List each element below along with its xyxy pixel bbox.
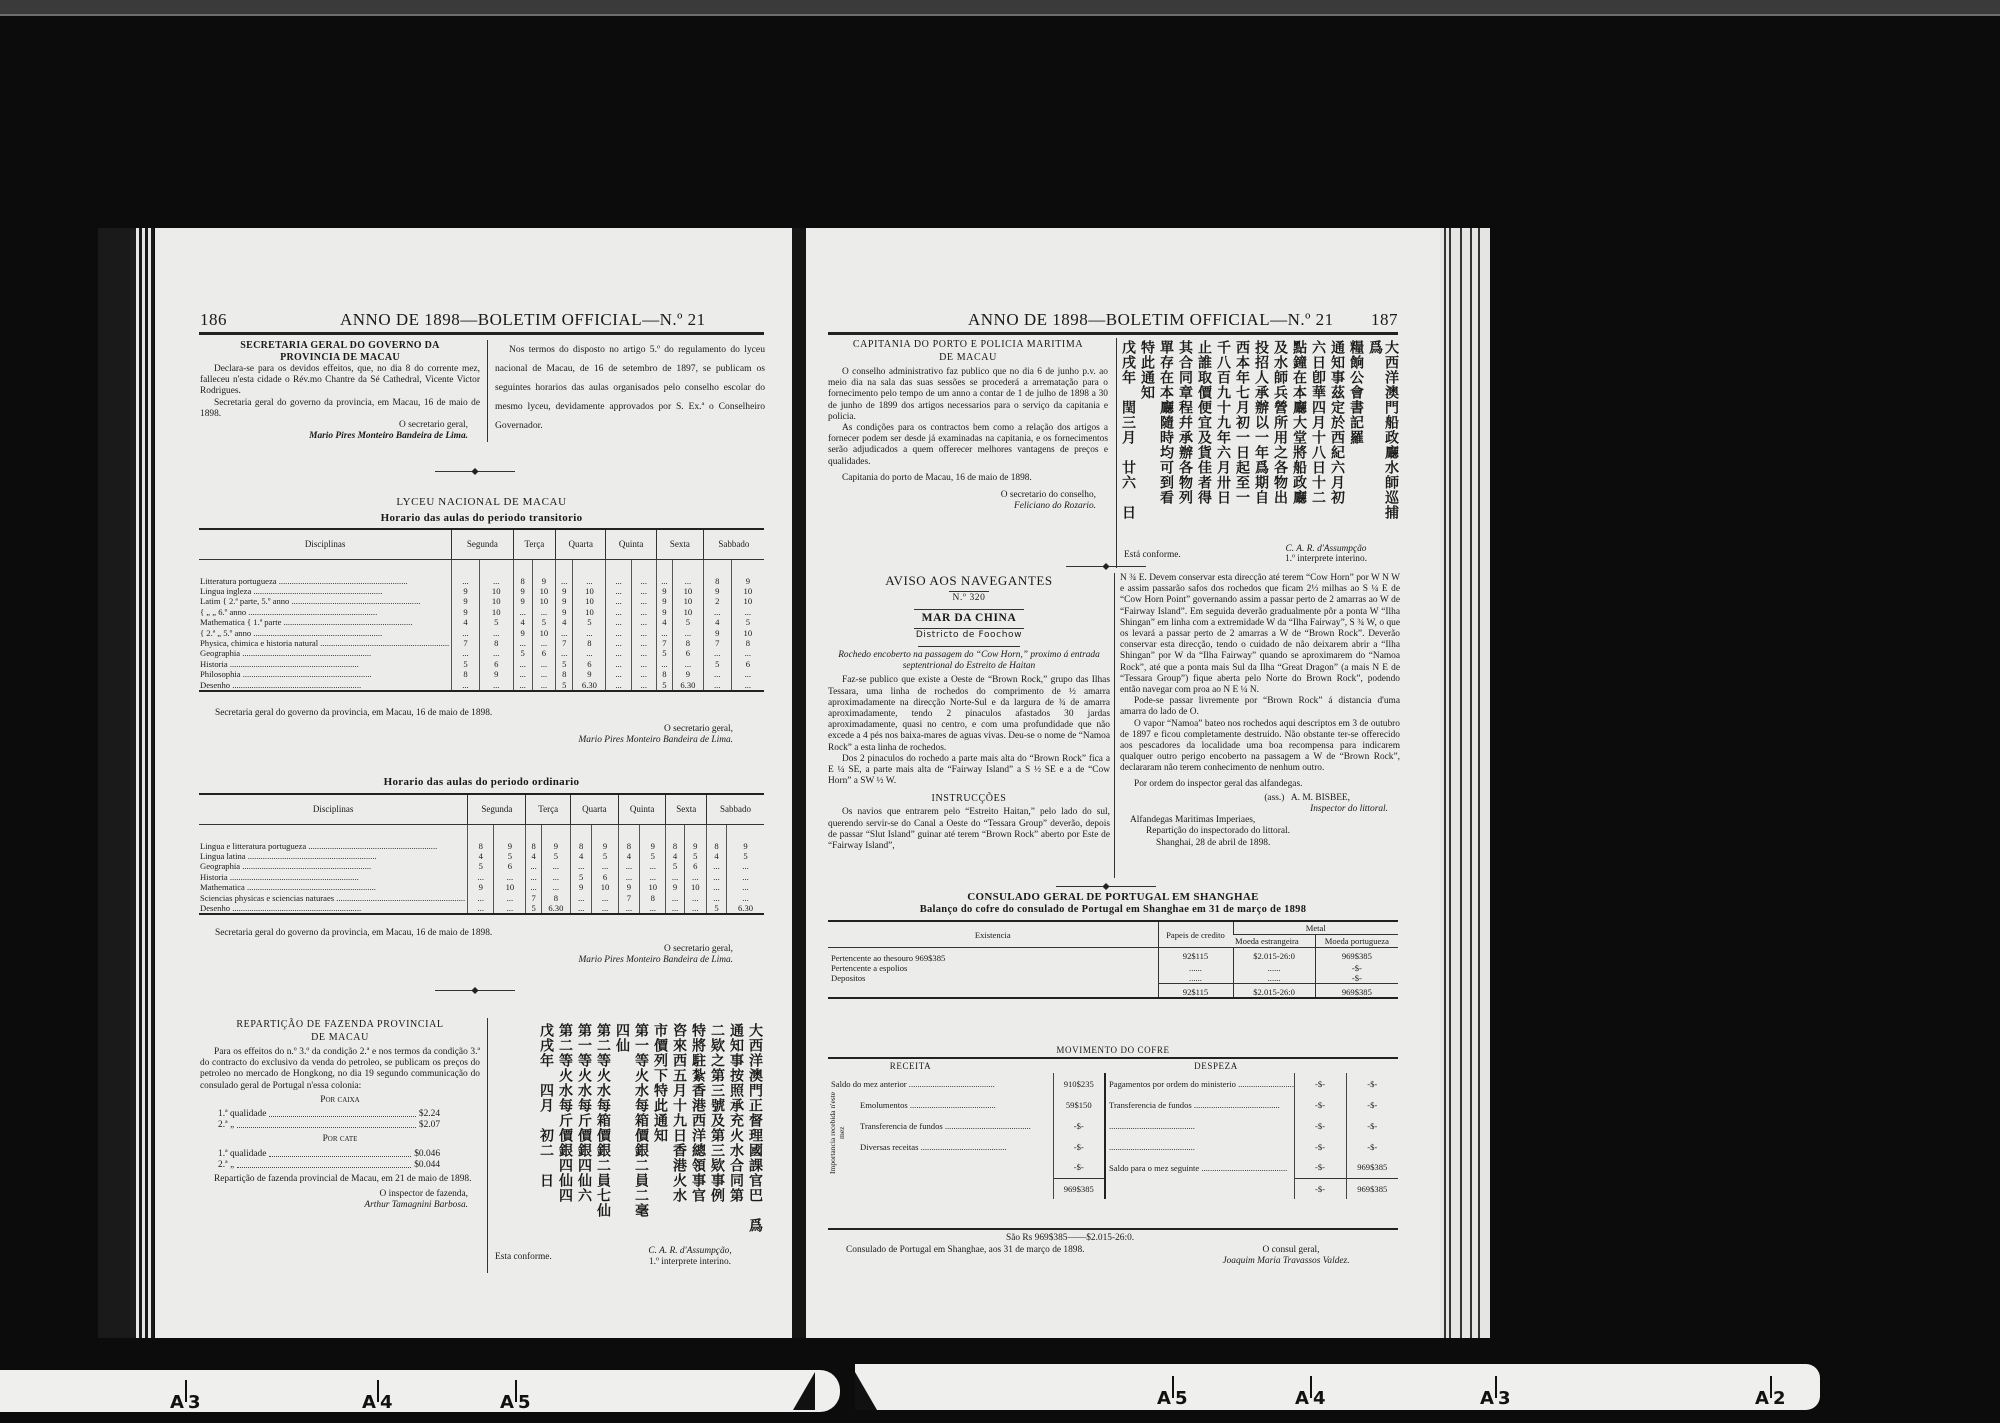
receita-label: Diversas receitas ......................…	[828, 1136, 1053, 1157]
consulado-footer: Consulado de Portugal em Shanghae, aos 3…	[846, 1245, 1146, 1256]
hour-cell: ...	[666, 872, 684, 882]
chinese-column: 千八百九十九年六月卅日	[1215, 340, 1231, 505]
col-header: Quinta	[606, 529, 656, 559]
hour-cell: 6	[731, 659, 764, 669]
hour-cell: ...	[570, 893, 591, 903]
hour-cell: 9	[684, 824, 706, 851]
hour-cell: ...	[618, 872, 639, 882]
hour-cell: 5	[640, 851, 666, 861]
schedule-footer: Secretaria geral do governo da provincia…	[215, 928, 755, 939]
hour-cell: ...	[526, 872, 541, 882]
price-row: 1.ª qualidade$2.24	[218, 1109, 440, 1120]
cell: ......	[1233, 973, 1315, 984]
aviso-number: N.º 320	[949, 591, 989, 605]
table-row: Geographia .............................…	[199, 648, 764, 658]
discipline-cell: Sciencias physicas e sciencias naturaes …	[199, 893, 468, 903]
film-notch-icon	[793, 1372, 815, 1410]
chinese-column: 點鐘在本廳大堂將船政廳	[1291, 340, 1307, 505]
hour-cell: 6	[532, 648, 555, 658]
hour-cell: 8	[556, 669, 573, 679]
film-marker: A2	[1755, 1384, 1785, 1409]
table-bottom-rule	[828, 1228, 1398, 1230]
chinese-column: 戊戌年 四月 初二 日	[538, 1023, 554, 1188]
paragraph: N ¾ E. Devem conservar esta direcção até…	[1120, 573, 1400, 696]
hour-cell: 9	[656, 586, 672, 596]
table-row: Historia ...............................…	[199, 659, 764, 669]
hour-cell: 6	[494, 861, 526, 871]
signature-prefix: (ass.)	[1264, 793, 1284, 803]
hour-cell: 9	[703, 586, 731, 596]
price-label: 2.ª „	[218, 1120, 234, 1131]
cell: ......	[1158, 963, 1233, 973]
section-ornament	[435, 471, 515, 472]
film-strip-right	[855, 1364, 1820, 1410]
hour-cell: 7	[618, 893, 639, 903]
hour-cell: 10	[673, 596, 704, 606]
despeza-total: 969$385	[1346, 1178, 1398, 1199]
hour-cell: ...	[727, 882, 764, 892]
paragraph: O vapor “Namoa” bateo nos rochedos aqui …	[1120, 719, 1400, 775]
hour-cell: 4	[703, 617, 731, 627]
hour-cell: ...	[556, 559, 573, 586]
hour-cell: ...	[541, 861, 570, 871]
hour-cell: ...	[731, 607, 764, 617]
hour-cell: 7	[703, 638, 731, 648]
hour-cell: 10	[573, 596, 606, 606]
table-row: Diversas receitas ......................…	[828, 1136, 1398, 1157]
chinese-column: 單存在本廳隨時均可到看	[1158, 340, 1174, 505]
hour-cell: ...	[640, 861, 666, 871]
hour-cell: ...	[479, 648, 513, 658]
chinese-column: 四仙	[614, 1023, 630, 1053]
hour-cell: 10	[573, 607, 606, 617]
despeza-amount: -$-	[1346, 1073, 1398, 1094]
hour-cell: ...	[606, 586, 631, 596]
col-header: Sexta	[666, 794, 706, 824]
table-row: -$-Saldo para o mez seguinte ...........…	[828, 1157, 1398, 1178]
table-row: Sciencias physicas e sciencias naturaes …	[199, 893, 764, 903]
hour-cell: 10	[673, 607, 704, 617]
paragraph: Para os effeitos do n.º 3.º da condição …	[200, 1047, 480, 1092]
signature-name: Joaquim Maria Travassos Valdez.	[1186, 1256, 1386, 1267]
table-row: Mathematica ............................…	[199, 882, 764, 892]
signature-role: O consul geral,	[1206, 1245, 1376, 1256]
hour-cell: 8	[656, 669, 672, 679]
col-header: Sexta	[656, 529, 703, 559]
hour-cell: ...	[703, 607, 731, 617]
hour-cell: ...	[452, 648, 480, 658]
interpreter-role: 1.º interprete interino.	[1251, 554, 1401, 565]
hour-cell: ...	[592, 903, 618, 914]
despeza-amount: -$-	[1346, 1094, 1398, 1115]
total-cell: 92$115	[1158, 984, 1233, 999]
capitania-notice: CAPITANIA DO PORTO E POLICIA MARITIMA DE…	[828, 338, 1108, 512]
chinese-column: 特此通知	[1139, 340, 1155, 400]
col-header: Segunda	[452, 529, 513, 559]
hour-cell: 10	[684, 882, 706, 892]
cell: 92$115	[1158, 948, 1233, 964]
section-ornament	[1066, 566, 1146, 567]
row-label: Pertencente ao thesouro 969$385	[828, 948, 1158, 964]
row-label: Pertencente a espolios	[828, 963, 1158, 973]
hour-cell: ...	[706, 893, 726, 903]
blank	[1105, 1178, 1294, 1199]
hour-cell: 8	[673, 638, 704, 648]
chinese-column: 咨來西五月十九日香港火水	[671, 1023, 687, 1203]
despeza-amount: 969$385	[1346, 1157, 1398, 1178]
marker-bar	[185, 1380, 187, 1402]
hour-cell: ...	[468, 872, 494, 882]
discipline-cell: Mathematica { 1.ª parte ................…	[199, 617, 452, 627]
table-row: Depositos ...... ...... -$-	[828, 973, 1398, 984]
cell: -$-	[1315, 973, 1398, 984]
movimento-title: MOVIMENTO DO COFRE	[828, 1044, 1398, 1059]
page-number: 187	[1371, 310, 1398, 330]
col-header: Terça	[526, 794, 571, 824]
hour-cell: ...	[631, 559, 656, 586]
col-header: Existencia	[828, 921, 1158, 948]
section-title: REPARTIÇÃO DE FAZENDA PROVINCIAL	[200, 1018, 480, 1031]
receita-total: 969$385	[1053, 1178, 1105, 1199]
hour-cell: 5	[684, 851, 706, 861]
running-head: ANNO DE 1898—BOLETIM OFFICIAL—N.º 21	[968, 310, 1334, 330]
hour-cell: 10	[479, 607, 513, 617]
order-line: Por ordem do inspector geral das alfande…	[1120, 779, 1400, 790]
place-line: Repartição do inspectorado do littoral.	[1120, 826, 1400, 837]
despeza-amount: -$-	[1346, 1115, 1398, 1136]
cell: ......	[1158, 973, 1233, 984]
hour-cell: ...	[570, 903, 591, 914]
paragraph: Faz-se publico que existe a Oeste de “Br…	[828, 675, 1110, 753]
discipline-cell: Lingua ingleza .........................…	[199, 586, 452, 596]
price-value: $2.24	[419, 1109, 440, 1120]
sao-rs-line: São Rs 969$385——$2.015-26:0.	[1006, 1233, 1256, 1244]
hour-cell: 6	[592, 872, 618, 882]
price-list-cate: 1.ª qualidade$0.0462.ª „$0.044	[200, 1149, 480, 1171]
price-row: 1.ª qualidade$0.046	[218, 1149, 440, 1160]
lyceu-intro-notice: Nos termos do disposto no artigo 5.º do …	[495, 340, 765, 435]
hour-cell: ...	[479, 680, 513, 691]
hour-cell: 5	[727, 851, 764, 861]
hour-cell: 5	[526, 903, 541, 914]
price-row: 2.ª „$2.07	[218, 1120, 440, 1131]
chinese-notice: 大西洋澳門正督理國課官巴 爲通知事按照承充火水合同第二欵之第三號及第三欵事例特將…	[495, 1023, 763, 1245]
section-title: CAPITANIA DO PORTO E POLICIA MARITIMA	[828, 338, 1108, 351]
chinese-column: 西本年七月初一日起至一	[1234, 340, 1250, 505]
hour-cell: 9	[513, 596, 532, 606]
hour-cell: ...	[513, 680, 532, 691]
table-row: Geographia .............................…	[199, 861, 764, 871]
hour-cell: ...	[673, 559, 704, 586]
movement-table: Saldo do mez anterior ..................…	[828, 1073, 1398, 1199]
hour-cell: 5	[570, 872, 591, 882]
hour-cell: ...	[656, 628, 672, 638]
hour-cell: 9	[656, 596, 672, 606]
hour-cell: ...	[452, 559, 480, 586]
discipline-cell: Desenho ................................…	[199, 680, 452, 691]
dot-leader	[269, 1109, 416, 1117]
hour-cell: 9	[452, 607, 480, 617]
hour-cell: ...	[556, 648, 573, 658]
hour-cell: ...	[541, 872, 570, 882]
hour-cell: ...	[703, 648, 731, 658]
hour-cell: 8	[541, 893, 570, 903]
col-header: Moeda portugueza	[1315, 935, 1398, 948]
hour-cell: ...	[526, 882, 541, 892]
col-header: Sabbado	[706, 794, 764, 824]
movement-body: Saldo do mez anterior ..................…	[828, 1073, 1398, 1199]
hour-cell: 5	[656, 648, 672, 658]
despeza-label: DESPEZA	[1096, 1060, 1336, 1073]
film-marker: A5	[1157, 1384, 1187, 1409]
col-header: Segunda	[468, 794, 526, 824]
hour-cell: 8	[452, 669, 480, 679]
aviso-subtitle: Rochedo encoberto na passagem do “Cow Ho…	[834, 650, 1104, 672]
hour-cell: 5	[513, 648, 532, 658]
hour-cell: ...	[673, 659, 704, 669]
hour-cell: ...	[592, 861, 618, 871]
hour-cell: ...	[573, 648, 606, 658]
page-number: 186	[200, 310, 227, 330]
hour-cell: ...	[494, 893, 526, 903]
signature-role: O inspector de fazenda,	[200, 1189, 480, 1200]
hour-cell: ...	[573, 628, 606, 638]
hour-cell: ...	[684, 872, 706, 882]
chinese-column: 二欵之第三號及第三欵事例	[709, 1023, 725, 1203]
signature-role: O secretario do conselho,	[828, 490, 1108, 501]
section-ornament	[1056, 886, 1156, 887]
chinese-column: 糧餉公會書記羅	[1348, 340, 1364, 445]
hour-cell: 10	[494, 882, 526, 892]
hour-cell: 4	[570, 851, 591, 861]
despeza-amount: -$-	[1294, 1073, 1346, 1094]
hour-cell: 9	[541, 824, 570, 851]
place-line: Shanghai, 28 de abril de 1898.	[1120, 838, 1400, 849]
paragraph: Dos 2 pinaculos do rochedo a parte mais …	[828, 754, 1110, 788]
discipline-cell: Litteratura portugueza .................…	[199, 559, 452, 586]
hour-cell: 8	[703, 559, 731, 586]
hour-cell: 9	[640, 824, 666, 851]
hour-cell: ...	[532, 607, 555, 617]
hour-cell: ...	[592, 893, 618, 903]
hour-cell: ...	[631, 669, 656, 679]
book-gutter	[792, 228, 806, 1338]
table-row: Physica, chimica e historia natural ....…	[199, 638, 764, 648]
despeza-label: Pagamentos por ordem do ministerio .....…	[1105, 1073, 1294, 1094]
hour-cell: 9	[513, 628, 532, 638]
hour-cell: ...	[706, 882, 726, 892]
hour-cell: ...	[532, 669, 555, 679]
hour-cell: ...	[606, 628, 631, 638]
despeza-label: ........................................	[1105, 1136, 1294, 1157]
hour-cell: 5	[556, 659, 573, 669]
paragraph: Pode-se passar livremente por “Brown Roc…	[1120, 696, 1400, 718]
consulado-subtitle: Balanço do cofre do consulado de Portuga…	[828, 904, 1398, 916]
paragraph: As condições para os contractos bem como…	[828, 423, 1108, 468]
table-row: Saldo do mez anterior ..................…	[828, 1073, 1398, 1094]
chinese-column: 特將駐紮香港西洋總領事官	[690, 1023, 706, 1203]
hour-cell: 9	[666, 882, 684, 892]
hour-cell: ...	[631, 680, 656, 691]
hour-cell: ...	[731, 648, 764, 658]
paragraph: Nos termos do disposto no artigo 5.º do …	[495, 340, 765, 435]
hour-cell: 7	[556, 638, 573, 648]
hour-cell: 4	[526, 851, 541, 861]
consulado-title: CONSULADO GERAL DE PORTUGAL EM SHANGHAE	[828, 891, 1398, 903]
hour-cell: ...	[570, 861, 591, 871]
hour-cell: ...	[703, 680, 731, 691]
hour-cell: ...	[573, 559, 606, 586]
cell: -$-	[1315, 963, 1398, 973]
hour-cell: ...	[640, 872, 666, 882]
hour-cell: ...	[452, 628, 480, 638]
hour-cell: ...	[656, 559, 672, 586]
receita-amount: 910$235	[1053, 1073, 1105, 1094]
table-row: Historia ...............................…	[199, 872, 764, 882]
discipline-cell: Philosophia ............................…	[199, 669, 452, 679]
receita-label: RECEITA	[828, 1060, 993, 1073]
hour-cell: ...	[479, 628, 513, 638]
cell: 969$385	[1315, 948, 1398, 964]
discipline-cell: Mathematica ............................…	[199, 882, 468, 892]
hour-cell: 9	[452, 586, 480, 596]
hour-cell: ...	[606, 680, 631, 691]
despeza-label: Transferencia de fundos ................…	[1105, 1094, 1294, 1115]
receita-amount: -$-	[1053, 1115, 1105, 1136]
signature-name: Feliciano do Rozario.	[828, 501, 1108, 512]
schedule-footer: Secretaria geral do governo da provincia…	[215, 708, 755, 719]
paragraph: Repartição de fazenda provincial de Maca…	[200, 1174, 480, 1185]
hour-cell: 6.30	[573, 680, 606, 691]
marker-bar	[377, 1380, 379, 1402]
hour-cell: 9	[618, 882, 639, 892]
table-row: Pertencente ao thesouro 969$385 92$115 $…	[828, 948, 1398, 964]
hour-cell: 5	[452, 659, 480, 669]
hour-cell: 9	[656, 607, 672, 617]
signature-role: O secretario geral,	[455, 944, 745, 955]
hour-cell: 10	[731, 628, 764, 638]
hour-cell: ...	[606, 607, 631, 617]
schedule-subtitle: Horario das aulas do periodo transitorio	[199, 512, 764, 524]
discipline-cell: Desenho ................................…	[199, 903, 468, 914]
hour-cell: ...	[631, 596, 656, 606]
balance-table: Existencia Papeis de credito Metal Moeda…	[828, 920, 1398, 999]
dot-leader	[237, 1160, 411, 1168]
col-header: Quarta	[556, 529, 606, 559]
hour-cell: 10	[573, 586, 606, 596]
hour-cell: 6.30	[673, 680, 704, 691]
hour-cell: ...	[631, 628, 656, 638]
totals-row: 969$385-$-969$385	[828, 1178, 1398, 1199]
hour-cell: 8	[526, 824, 541, 851]
chinese-column: 通知事茲定於西紀六月初	[1329, 340, 1345, 505]
por-caixa-label: Por caixa	[200, 1095, 480, 1106]
chinese-column: 第一等火水每斤價銀四仙六	[576, 1023, 592, 1203]
secretaria-notice: SECRETARIA GERAL DO GOVERNO DA PROVINCIA…	[200, 340, 480, 442]
schedule-table-ordinario: Disciplinas Segunda Terça Quarta Quinta …	[199, 793, 764, 915]
hour-cell: ...	[532, 659, 555, 669]
hour-cell: ...	[618, 861, 639, 871]
hour-cell: 8	[570, 824, 591, 851]
col-header: Metal	[1233, 921, 1398, 935]
receita-label	[828, 1157, 1053, 1178]
hour-cell: ...	[513, 659, 532, 669]
signature-role: O secretario geral,	[455, 724, 745, 735]
hour-cell: 5	[532, 617, 555, 627]
chinese-column: 止誰取價便宜及貨佳者得	[1196, 340, 1212, 505]
hour-cell: 10	[479, 586, 513, 596]
paragraph: Capitania do porto de Macau, 16 de maio …	[828, 473, 1108, 484]
hour-cell: 6	[673, 648, 704, 658]
despeza-label: ........................................	[1105, 1115, 1294, 1136]
hour-cell: 9	[731, 559, 764, 586]
hour-cell: ...	[706, 861, 726, 871]
hour-cell: 5	[479, 617, 513, 627]
lyceu-title: LYCEU NACIONAL DE MACAU	[199, 496, 764, 509]
chinese-column: 第二等火水每箱價銀二員七仙	[595, 1023, 611, 1218]
hour-cell: ...	[727, 872, 764, 882]
hour-cell: ...	[640, 903, 666, 914]
receita-amount: -$-	[1053, 1136, 1105, 1157]
discipline-cell: Physica, chimica e historia natural ....…	[199, 638, 452, 648]
sea-title: MAR DA CHINA	[914, 609, 1024, 625]
hour-cell: ...	[513, 607, 532, 617]
film-marker: A3	[1480, 1384, 1510, 1409]
hour-cell: 10	[731, 586, 764, 596]
signature-name: Mario Pires Monteiro Bandeira de Lima.	[405, 735, 745, 746]
hour-cell: ...	[631, 638, 656, 648]
table-row: Philosophia ............................…	[199, 669, 764, 679]
discipline-cell: Geographia .............................…	[199, 648, 452, 658]
hour-cell: 5	[468, 861, 494, 871]
discipline-cell: Historia ...............................…	[199, 659, 452, 669]
receita-amount: -$-	[1053, 1157, 1105, 1178]
discipline-cell: Lingua e litteratura portugueza ........…	[199, 824, 468, 851]
col-header: Sabbado	[703, 529, 764, 559]
esta-conforme: Está conforme.	[1124, 550, 1224, 561]
schedule-body: Litteratura portugueza .................…	[199, 559, 764, 691]
hour-cell: ...	[631, 659, 656, 669]
aviso-column-2: N ¾ E. Devem conservar esta direcção até…	[1120, 573, 1400, 849]
hour-cell: 5	[703, 659, 731, 669]
hour-cell: ...	[541, 882, 570, 892]
chinese-column: 大西洋澳門正督理國課官巴 爲	[747, 1023, 763, 1233]
hour-cell: 10	[532, 586, 555, 596]
hour-cell: 9	[494, 824, 526, 851]
hour-cell: ...	[494, 903, 526, 914]
table-row: Desenho ................................…	[199, 680, 764, 691]
hour-cell: 9	[513, 586, 532, 596]
discipline-cell: Historia ...............................…	[199, 872, 468, 882]
book-left-edge	[98, 228, 154, 1338]
table-row: Pertencente a espolios ...... ...... -$-	[828, 963, 1398, 973]
hour-cell: 6	[684, 861, 706, 871]
column-divider	[487, 340, 488, 442]
hour-cell: ...	[532, 638, 555, 648]
hour-cell: ...	[666, 903, 684, 914]
signature: (ass.) A. M. BISBEE,	[1120, 793, 1400, 804]
hour-cell: ...	[513, 669, 532, 679]
table-row: Mathematica { 1.ª parte ................…	[199, 617, 764, 627]
hour-cell: 9	[556, 596, 573, 606]
hour-cell: 2	[703, 596, 731, 606]
marker-bar	[1770, 1376, 1772, 1398]
hour-cell: 10	[592, 882, 618, 892]
hour-cell: 8	[640, 893, 666, 903]
hour-cell: 10	[532, 628, 555, 638]
hour-cell: 8	[666, 824, 684, 851]
total-cell: $2.015-26:0	[1233, 984, 1315, 999]
